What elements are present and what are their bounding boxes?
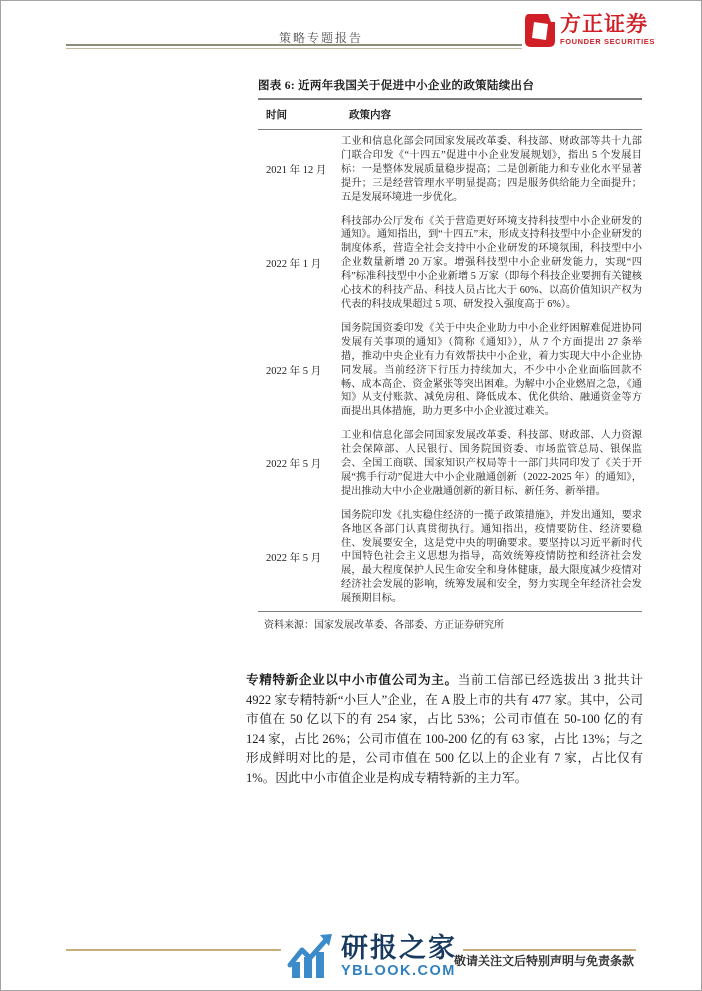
founder-securities-logo: 方正证券 FOUNDER SECURITIES (525, 14, 655, 47)
policy-table: 时间 政策内容 2021 年 12 月 工业和信息化部会同国家发展改革委、科技部… (258, 98, 642, 612)
body-paragraph: 专精特新企业以中小市值公司为主。当前工信部已经选拔出 3 批共计 4922 家专… (246, 671, 643, 789)
paragraph-lead: 专精特新企业以中小市值公司为主。 (246, 673, 458, 687)
brand-name-cn: 方正证券 (560, 14, 655, 35)
table-row: 2022 年 5 月 国务院印发《扎实稳住经济的一揽子政策措施》，并发出通知，要… (258, 504, 642, 612)
brand-name-en: FOUNDER SECURITIES (560, 38, 655, 46)
watermark-name: 研报之家 (341, 934, 457, 962)
table-row: 2022 年 5 月 国务院国资委印发《关于中央企业助力中小企业纾困解难促进协同… (258, 317, 642, 424)
paragraph-text: 当前工信部已经选拔出 3 批共计 4922 家专精特新“小巨人”企业，在 A 股… (246, 673, 643, 785)
watermark-text: 研报之家 YBLOOK.COM (341, 934, 457, 979)
yblook-watermark: 研报之家 YBLOOK.COM (281, 933, 463, 980)
policy-content: 工业和信息化部会同国家发展改革委、科技部、财政部、人力资源社会保障部、人民银行、… (341, 424, 642, 504)
policy-content: 国务院印发《扎实稳住经济的一揽子政策措施》，并发出通知，要求各地区各部门认真贯彻… (341, 504, 642, 612)
policy-table-header-row: 时间 政策内容 (258, 99, 642, 130)
table-row: 2022 年 5 月 工业和信息化部会同国家发展改革委、科技部、财政部、人力资源… (258, 424, 642, 504)
policy-time: 2022 年 1 月 (258, 210, 341, 317)
figure-6-block: 图表 6: 近两年我国关于促进中小企业的政策陆续出台 时间 政策内容 2021 … (258, 77, 642, 631)
policy-content: 工业和信息化部会同国家发展改革委、科技部、财政部等共十九部门联合印发《“十四五”… (341, 130, 642, 210)
policy-content: 科技部办公厅发布《关于营造更好环境支持科技型中小企业研发的通知》。通知指出，到“… (341, 210, 642, 317)
table-row: 2022 年 1 月 科技部办公厅发布《关于营造更好环境支持科技型中小企业研发的… (258, 210, 642, 317)
column-header-time: 时间 (258, 99, 341, 130)
policy-content: 国务院国资委印发《关于中央企业助力中小企业纾困解难促进协同发展有关事项的通知》（… (341, 317, 642, 424)
column-header-content: 政策内容 (341, 99, 642, 130)
table-row: 2021 年 12 月 工业和信息化部会同国家发展改革委、科技部、财政部等共十九… (258, 130, 642, 210)
policy-time: 2022 年 5 月 (258, 317, 341, 424)
bar-chart-arrow-icon (287, 933, 334, 980)
founder-logo-text: 方正证券 FOUNDER SECURITIES (560, 14, 655, 46)
founder-logo-icon (525, 14, 555, 47)
figure-title: 图表 6: 近两年我国关于促进中小企业的政策陆续出台 (258, 77, 642, 93)
policy-table-body: 2021 年 12 月 工业和信息化部会同国家发展改革委、科技部、财政部等共十九… (258, 130, 642, 612)
header-divider (66, 44, 522, 49)
watermark-site: YBLOOK.COM (341, 963, 457, 979)
report-page: 策略专题报告 方正证券 FOUNDER SECURITIES 图表 6: 近两年… (0, 0, 702, 991)
policy-time: 2022 年 5 月 (258, 424, 341, 504)
policy-time: 2022 年 5 月 (258, 504, 341, 612)
figure-source: 资料来源：国家发展改革委、各部委、方正证券研究所 (258, 616, 642, 631)
policy-time: 2021 年 12 月 (258, 130, 341, 210)
footer-disclaimer: 敬请关注文后特别声明与免责条款 (454, 952, 634, 969)
